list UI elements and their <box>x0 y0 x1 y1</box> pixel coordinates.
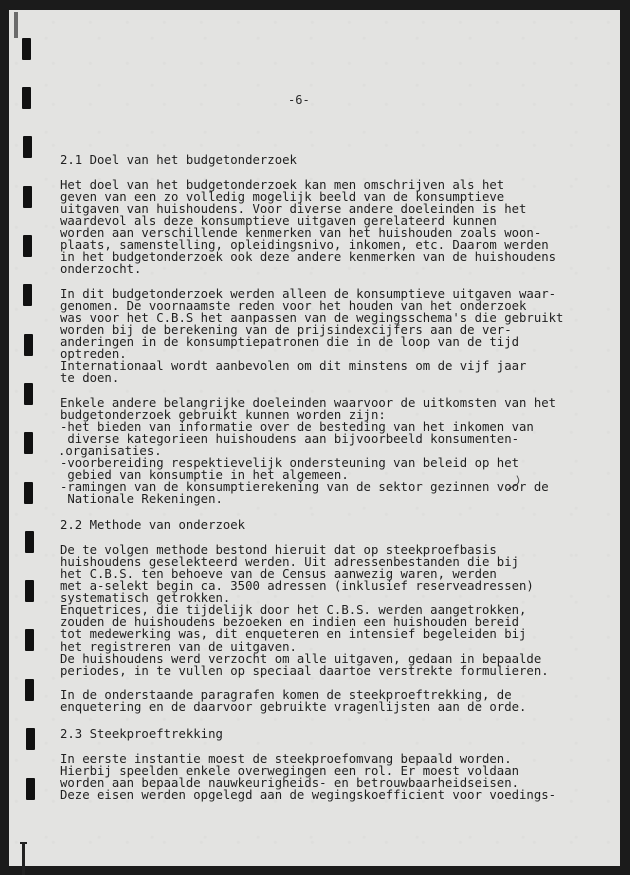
binder-hole <box>23 186 32 208</box>
body-text-line: was voor het C.B.S het aanpassen van de … <box>60 312 563 324</box>
body-text-line: Hierbij speelden enkele overwegingen een… <box>60 765 519 777</box>
body-text-line: In dit budgetonderzoek werden alleen de … <box>60 288 556 300</box>
binder-hole <box>26 728 35 750</box>
section-heading: 2.2 Methode van onderzoek <box>60 519 245 531</box>
binder-hole <box>25 679 34 701</box>
body-text-line: -het bieden van informatie over de beste… <box>60 421 534 433</box>
binder-hole <box>25 580 34 602</box>
body-text-line: De huishoudens werd verzocht om alle uit… <box>60 653 541 665</box>
body-text-line: het registreren van de uitgaven. <box>60 641 297 653</box>
body-text-line: Nationale Rekeningen. <box>60 493 223 505</box>
body-text-line: enquetering en de daarvoor gebruikte vra… <box>60 701 526 713</box>
binder-holes <box>0 0 40 875</box>
binder-hole <box>23 284 32 306</box>
body-text-line: Enkele andere belangrijke doeleinden waa… <box>60 397 556 409</box>
body-text-line: huishoudens geselekteerd werden. Uit adr… <box>60 556 519 568</box>
binder-hole <box>22 87 31 109</box>
binder-hole <box>26 778 35 800</box>
binder-hole <box>25 629 34 651</box>
binder-hole <box>24 432 33 454</box>
section-heading: 2.1 Doel van het budgetonderzoek <box>60 154 297 166</box>
body-text-line: onderzocht. <box>60 263 141 275</box>
body-text-line: Internationaal wordt aanbevolen om dit m… <box>60 360 526 372</box>
body-text-line: periodes, in te vullen op speciaal daart… <box>60 665 549 677</box>
crop-mark-bottom <box>22 842 25 875</box>
body-text-line: In eerste instantie moest de steekproefo… <box>60 753 512 765</box>
body-text-line: tot medewerking was, dit enqueteren en i… <box>60 628 526 640</box>
page-number: -6- <box>288 93 310 107</box>
body-text-line: te doen. <box>60 372 119 384</box>
binder-hole <box>23 136 32 158</box>
binder-hole <box>24 334 33 356</box>
body-text-line: diverse kategorieen huishoudens aan bijv… <box>60 433 519 445</box>
binder-hole <box>23 235 32 257</box>
body-text-line: budgetonderzoek gebruikt kunnen worden z… <box>60 409 386 421</box>
crop-mark-top <box>14 12 18 38</box>
binder-hole <box>22 38 31 60</box>
binder-hole <box>24 482 33 504</box>
body-text-line: geven van een zo volledig mogelijk beeld… <box>60 191 504 203</box>
body-text-line: De te volgen methode bestond hieruit dat… <box>60 544 497 556</box>
body-text-line: genomen. De voornaamste reden voor het h… <box>60 300 526 312</box>
body-text-line: Deze eisen werden opgelegd aan de weging… <box>60 789 556 801</box>
section-heading: 2.3 Steekproeftrekking <box>60 728 223 740</box>
binder-hole <box>25 531 34 553</box>
binder-hole <box>24 383 33 405</box>
body-text-line: anderingen in de konsumptiepatronen die … <box>60 336 519 348</box>
body-text-line: Het doel van het budgetonderzoek kan men… <box>60 179 504 191</box>
